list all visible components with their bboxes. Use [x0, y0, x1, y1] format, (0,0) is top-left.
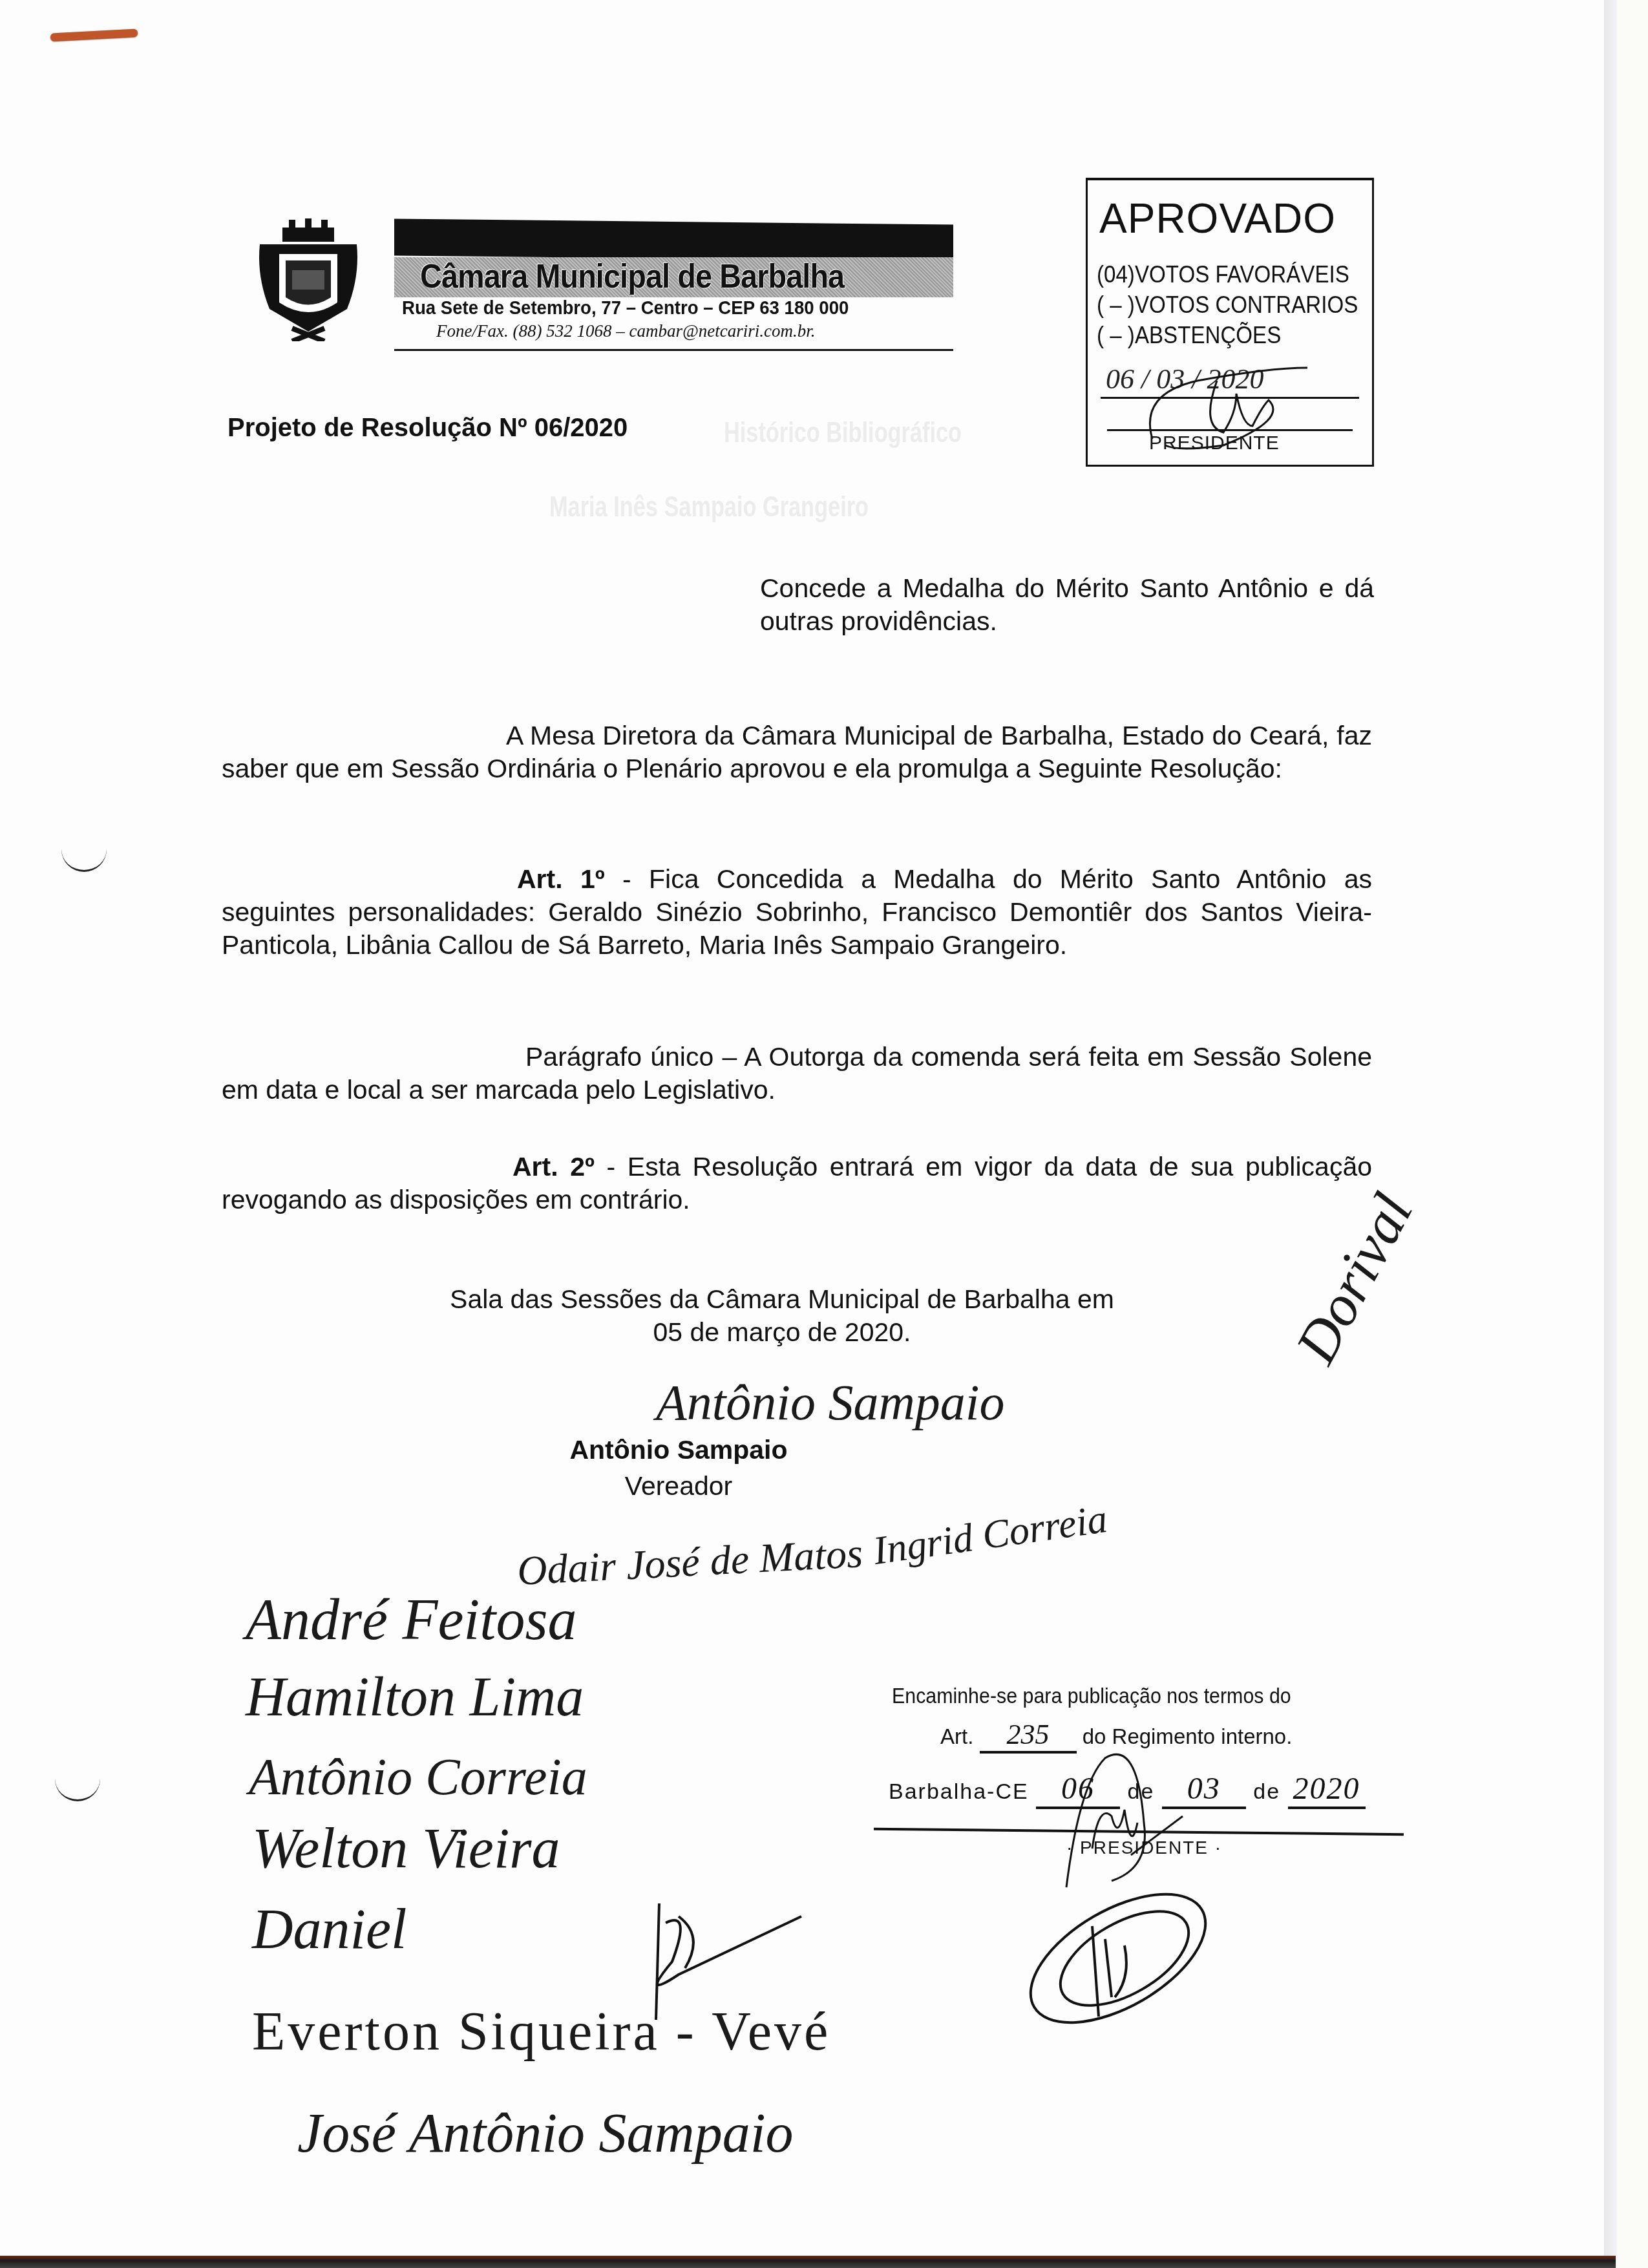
- article-1: Art. 1º - Fica Concedida a Medalha do Mé…: [222, 863, 1372, 962]
- bleed-through-name: Maria Inês Sampaio Grangeiro: [549, 491, 869, 524]
- approval-stamp: APROVADO (04)VOTOS FAVORÁVEIS ( – )VOTOS…: [1086, 178, 1374, 467]
- signature: Daniel: [252, 1897, 407, 1962]
- signature: Antônio Correia: [249, 1748, 587, 1807]
- date-separator: de: [1253, 1779, 1280, 1804]
- votes-favorable: (04)VOTOS FAVORÁVEIS: [1097, 261, 1349, 288]
- document-title: Projeto de Resolução Nº 06/2020: [227, 414, 628, 443]
- signer-block: Antônio Sampaio Vereador: [420, 1432, 937, 1504]
- abstentions: ( – )ABSTENÇÕES: [1097, 322, 1281, 349]
- signer-name: Antônio Sampaio: [420, 1432, 937, 1468]
- punch-hole-icon: [61, 848, 107, 872]
- signature-author: Antônio Sampaio: [656, 1373, 1005, 1432]
- closing-block: Sala das Sessões da Câmara Municipal de …: [362, 1283, 1202, 1349]
- scribble-signature-icon: [1015, 1887, 1221, 2030]
- letterhead-rule: [394, 349, 953, 351]
- signer-role: Vereador: [420, 1468, 937, 1504]
- scan-edge-bottom: [0, 2256, 1616, 2268]
- letterhead-bar: [394, 218, 953, 261]
- bleed-through-title: Histórico Bibliográfico: [724, 417, 962, 449]
- scribble-signature-icon: [620, 1897, 814, 2026]
- municipal-crest-icon: [253, 218, 363, 341]
- signature: Odair José de Matos: [516, 1529, 863, 1595]
- institution-contact: Fone/Fax. (88) 532 1068 – cambar@netcari…: [436, 321, 816, 341]
- article-1-label: Art. 1º: [517, 864, 605, 894]
- forwarding-note: Encaminhe-se para publicação nos termos …: [892, 1684, 1403, 1708]
- approval-stamp-title: APROVADO: [1099, 195, 1336, 242]
- staple-mark: [50, 28, 138, 41]
- forwarding-year: 2020: [1288, 1771, 1366, 1809]
- article-2: Art. 2º - Esta Resolução entrará em vigo…: [222, 1150, 1372, 1216]
- article-prefix: Art.: [940, 1724, 973, 1748]
- article-1-text: - Fica Concedida a Medalha do Mérito San…: [222, 864, 1372, 960]
- paragrafo-unico: Parágrafo único – A Outorga da comenda s…: [222, 1041, 1372, 1107]
- document-summary: Concede a Medalha do Mérito Santo Antôni…: [760, 572, 1374, 638]
- closing-line: Sala das Sessões da Câmara Municipal de …: [362, 1283, 1202, 1316]
- forwarding-president-label: · PRESIDENTE ·: [1066, 1838, 1222, 1858]
- institution-name: Câmara Municipal de Barbalha: [420, 257, 897, 296]
- signature: José Antônio Sampaio: [297, 2101, 794, 2165]
- votes-against: ( – )VOTOS CONTRARIOS: [1097, 291, 1358, 319]
- closing-date: 05 de março de 2020.: [362, 1316, 1202, 1349]
- article-2-text: - Esta Resolução entrará em vigor da dat…: [222, 1152, 1372, 1214]
- signature: Welton Vieira: [252, 1816, 560, 1881]
- punch-hole-icon: [55, 1777, 100, 1801]
- article-2-label: Art. 2º: [512, 1152, 595, 1182]
- scan-margin-right: [1617, 0, 1648, 2268]
- institution-address: Rua Sete de Setembro, 77 – Centro – CEP …: [402, 297, 849, 319]
- signature: Ingrid Correia: [871, 1496, 1110, 1574]
- forwarding-city: Barbalha-CE: [889, 1779, 1029, 1804]
- document-preamble: A Mesa Diretora da Câmara Municipal de B…: [222, 719, 1372, 785]
- signature: Hamilton Lima: [246, 1664, 584, 1729]
- approval-president-label: PRESIDENTE: [1149, 432, 1280, 454]
- signature: André Feitosa: [246, 1587, 576, 1653]
- president-signature-icon: [1053, 1745, 1196, 1894]
- scan-edge-right: [1604, 0, 1617, 2268]
